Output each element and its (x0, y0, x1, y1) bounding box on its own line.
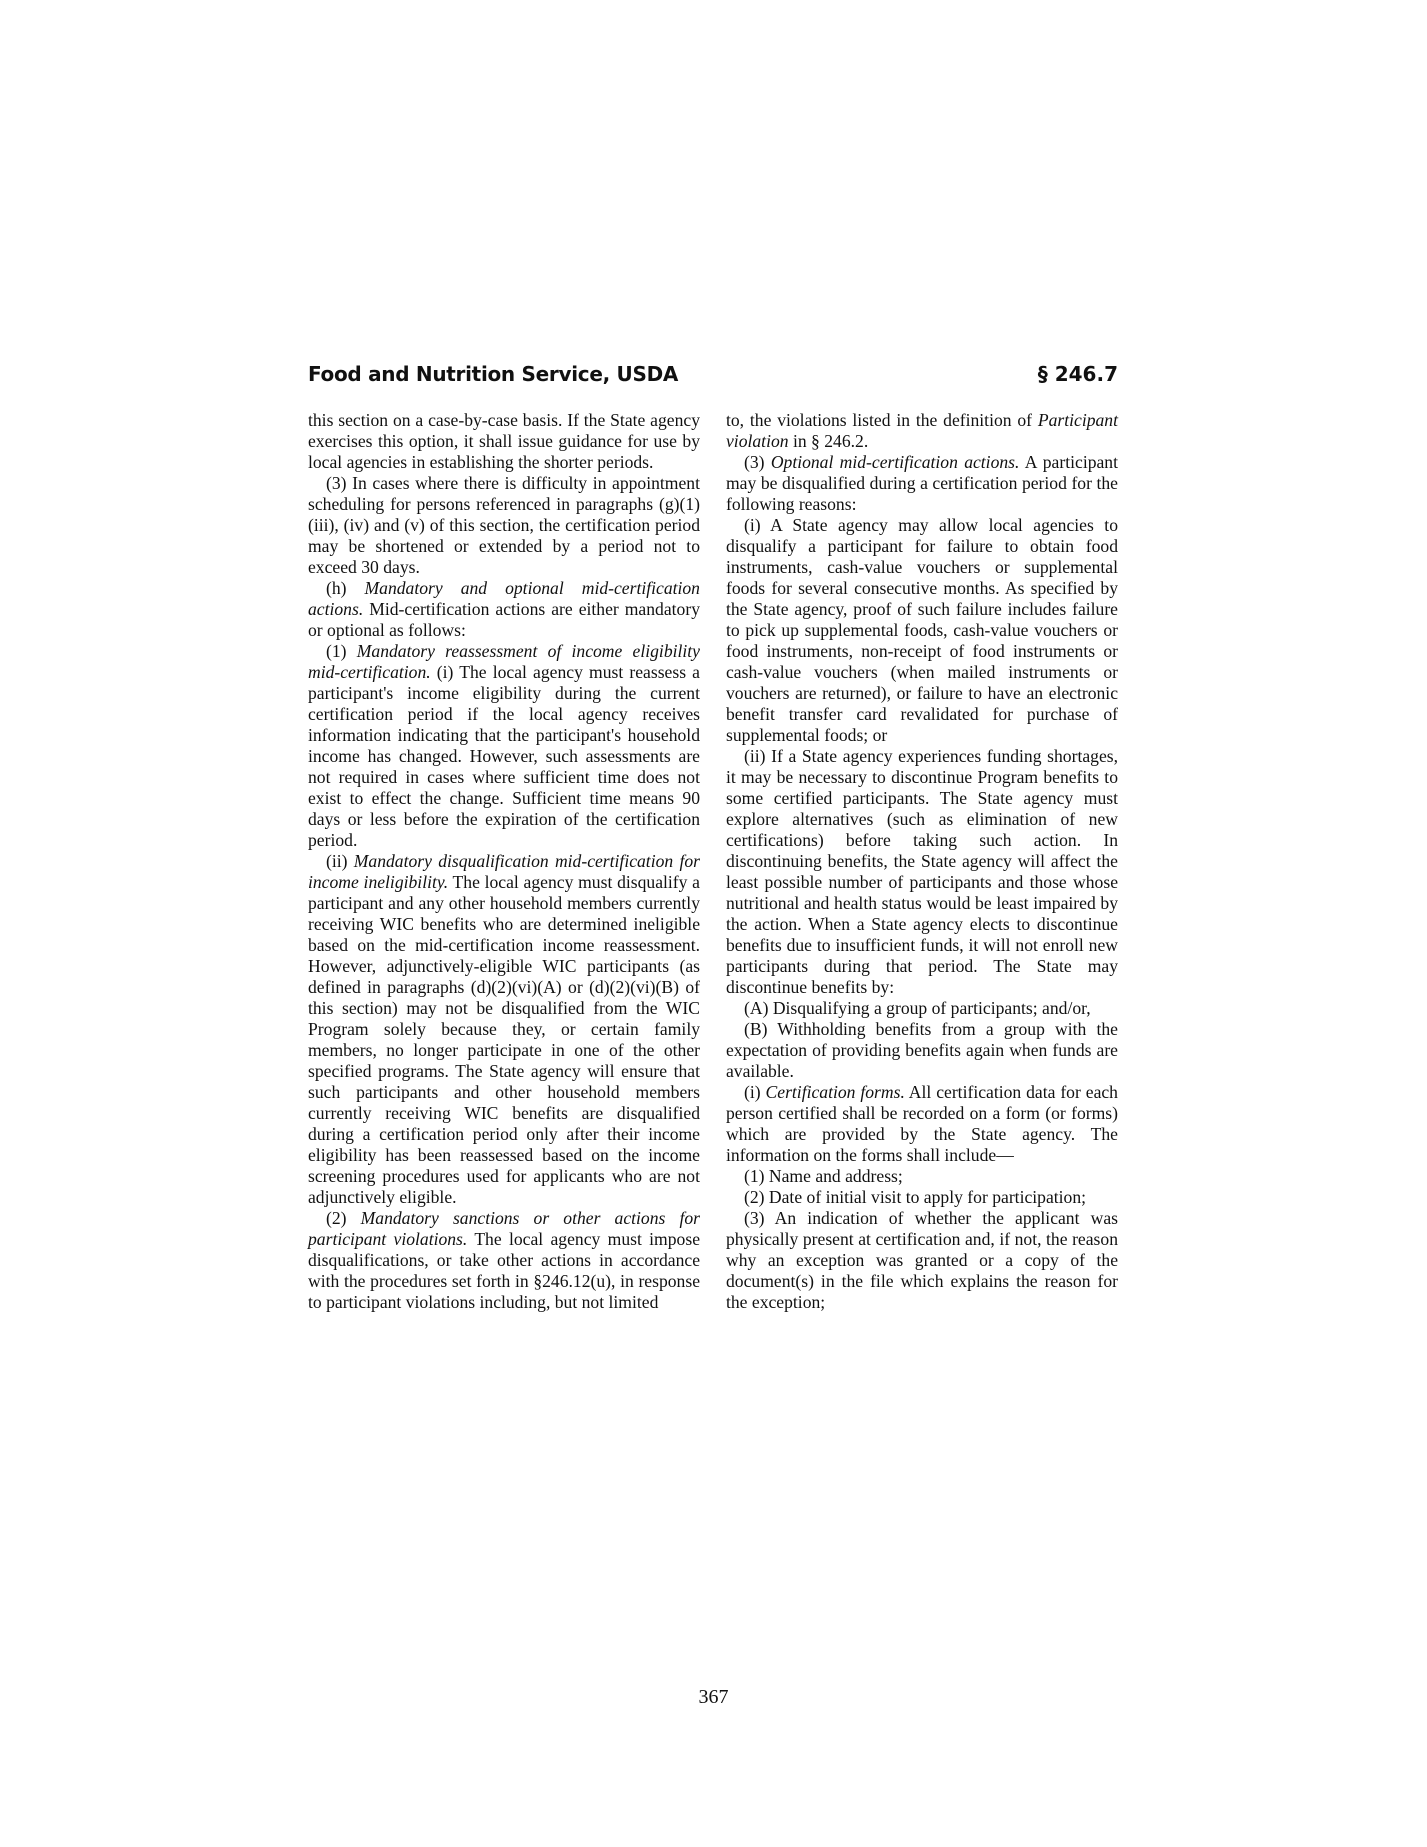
left-column: this section on a case-by-case basis. If… (308, 410, 700, 1313)
paragraph: this section on a case-by-case basis. If… (308, 410, 700, 473)
paragraph: (3) Optional mid-certification actions. … (726, 452, 1118, 515)
paragraph: (3) An indication of whether the applica… (726, 1208, 1118, 1313)
running-header: Food and Nutrition Service, USDA § 246.7 (308, 362, 1118, 392)
paragraph: (ii) Mandatory disqualification mid-cert… (308, 851, 700, 1208)
paragraph: (2) Date of initial visit to apply for p… (726, 1187, 1118, 1208)
paragraph: (h) Mandatory and optional mid-certifica… (308, 578, 700, 641)
paragraph: (3) In cases where there is difficulty i… (308, 473, 700, 578)
paragraph: (B) Withholding benefits from a group wi… (726, 1019, 1118, 1082)
paragraph: (ii) If a State agency experiences fundi… (726, 746, 1118, 998)
paragraph: to, the violations listed in the definit… (726, 410, 1118, 452)
paragraph: (1) Mandatory reassessment of income eli… (308, 641, 700, 851)
paragraph-heading: Certification forms. (766, 1082, 905, 1102)
running-head-agency: Food and Nutrition Service, USDA (308, 362, 678, 386)
paragraph: (i) Certification forms. All certificati… (726, 1082, 1118, 1166)
paragraph: (A) Disqualifying a group of participant… (726, 998, 1118, 1019)
paragraph: (i) A State agency may allow local agenc… (726, 515, 1118, 746)
paragraph: (1) Name and address; (726, 1166, 1118, 1187)
paragraph: (2) Mandatory sanctions or other actions… (308, 1208, 700, 1313)
paragraph-heading: Optional mid-certification actions. (771, 452, 1020, 472)
section-number: § 246.7 (1038, 362, 1118, 386)
page-number: 367 (0, 1686, 1427, 1709)
right-column: to, the violations listed in the definit… (726, 410, 1118, 1313)
